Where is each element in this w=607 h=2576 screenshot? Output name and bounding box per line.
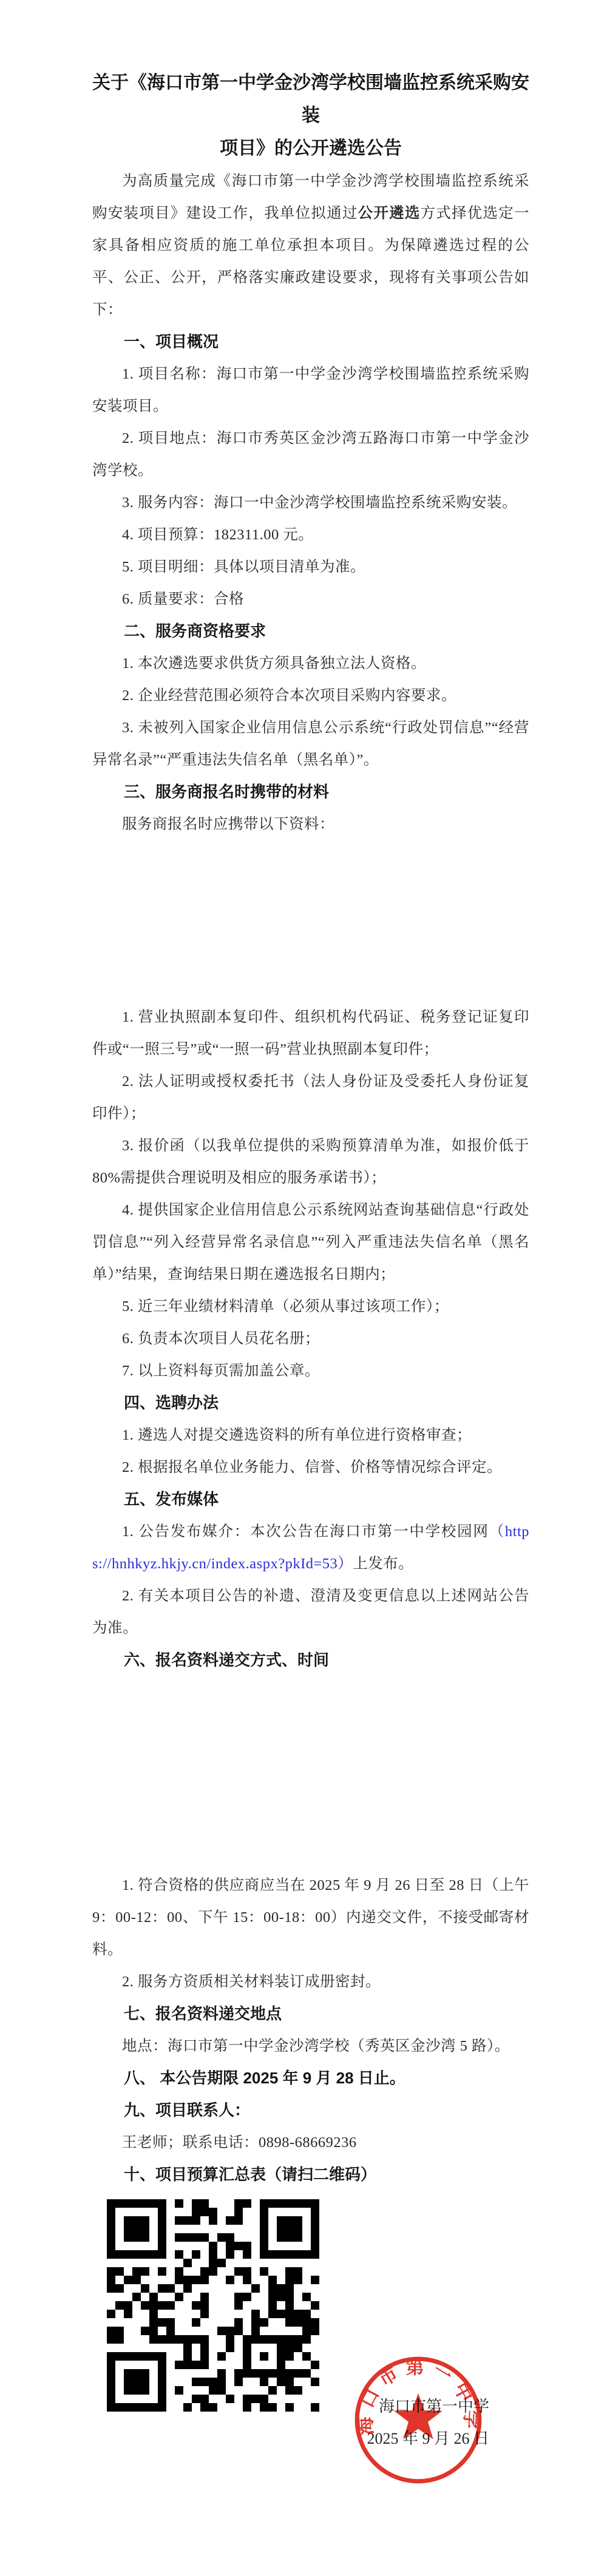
qr-code-image (107, 2198, 319, 2413)
paragraph: 7. 以上资料每页需加盖公章。 (92, 1355, 529, 1387)
section-heading: 六、报名资料递交方式、时间 (92, 1644, 529, 1676)
paragraph: 5. 近三年业绩材料清单（必须从事过该项工作）； (92, 1290, 529, 1323)
paragraph: 6. 负责本次项目人员花名册； (92, 1323, 529, 1355)
text-run: 1. 符合资格的供应商应当在 2025 年 9 月 26 日至 28 日（上午 … (92, 1877, 529, 1958)
paragraph: 2. 根据报名单位业务能力、信誉、价格等情况综合评定。 (92, 1451, 529, 1483)
text-run: 2. 法人证明或授权委托书（法人身份证及受委托人身份证复印件）； (92, 1073, 529, 1122)
paragraph: 6. 质量要求：合格 (92, 583, 529, 615)
document-title: 关于《海口市第一中学金沙湾学校围墙监控系统采购安装 项目》的公开遴选公告 (92, 67, 529, 165)
section-heading: 二、服务商资格要求 (92, 615, 529, 647)
section-heading: 五、发布媒体 (92, 1483, 529, 1516)
seal-star-icon (394, 2393, 443, 2439)
text-run: 3. 服务内容：海口一中金沙湾学校围墙监控系统采购安装。 (122, 494, 517, 511)
text-run: 3. 未被列入国家企业信用信息公示系统“行政处罚信息”“经营异常名录”“严重违法… (92, 720, 529, 768)
text-run: 3. 报价函（以我单位提供的采购预算清单为准，如报价低于80%需提供合理说明及相… (92, 1138, 529, 1186)
text-run: 1. 公告发布媒介：本次公告在海口市第一中学校园网 (122, 1523, 489, 1540)
text-run: 7. 以上资料每页需加盖公章。 (122, 1363, 320, 1379)
text-run: 服务商报名时应携带以下资料： (122, 816, 334, 832)
document-body: 为高质量完成《海口市第一中学金沙湾学校围墙监控系统采购安装项目》建设工作，我单位… (92, 165, 529, 2413)
paragraph: 1. 公告发布媒介：本次公告在海口市第一中学校园网（https://hnhkyz… (92, 1516, 529, 1580)
paragraph: 为高质量完成《海口市第一中学金沙湾学校围墙监控系统采购安装项目》建设工作，我单位… (92, 165, 529, 326)
heading-text: 七、报名资料递交地点 (124, 2004, 282, 2023)
paragraph: 地点：海口市第一中学金沙湾学校（秀英区金沙湾 5 路）。 (92, 2030, 529, 2062)
text-run: 1. 营业执照副本复印件、组织机构代码证、税务登记证复印件或“一照三号”或“一照… (92, 1009, 529, 1057)
paragraph: 4. 提供国家企业信用信息公示系统网站查询基础信息“行政处罚信息”“列入经营异常… (92, 1194, 529, 1290)
section-heading: 十、项目预算汇总表（请扫二维码） (92, 2159, 529, 2191)
paragraph: 2. 有关本项目公告的补遗、澄清及变更信息以上述网站公告为准。 (92, 1580, 529, 1644)
paragraph: 2. 企业经营范围必须符合本次项目采购内容要求。 (92, 679, 529, 712)
document-page: 关于《海口市第一中学金沙湾学校围墙监控系统采购安装 项目》的公开遴选公告 为高质… (0, 0, 607, 2576)
heading-text: 八、 本公告期限 2025 年 9 月 28 日止。 (124, 2069, 405, 2087)
paragraph: 3. 报价函（以我单位提供的采购预算清单为准，如报价低于80%需提供合理说明及相… (92, 1130, 529, 1194)
paragraph: 2. 法人证明或授权委托书（法人身份证及受委托人身份证复印件）； (92, 1065, 529, 1130)
text-run: 方式择优选定一家具备相应资质的施工单位承担本项目。为保障遴选过程的公平、公正、公… (92, 205, 529, 318)
heading-text: 四、选聘办法 (124, 1394, 219, 1412)
paragraph: 4. 项目预算：182311.00 元。 (92, 519, 529, 551)
section-heading: 七、报名资料递交地点 (92, 1998, 529, 2030)
section-heading: 四、选聘办法 (92, 1387, 529, 1419)
text-run: 2. 企业经营范围必须符合本次项目采购内容要求。 (122, 687, 456, 704)
text-run: 6. 质量要求：合格 (122, 591, 244, 607)
text-run: 2. 根据报名单位业务能力、信誉、价格等情况综合评定。 (122, 1459, 502, 1475)
title-line-2: 项目》的公开遴选公告 (92, 132, 529, 165)
heading-text: 二、服务商资格要求 (124, 622, 266, 640)
spacer (92, 840, 529, 1001)
paragraph: 1. 本次遴选要求供货方须具备独立法人资格。 (92, 647, 529, 679)
paragraph: 王老师；联系电话：0898-68669236 (92, 2126, 529, 2159)
paragraph: 2. 服务方资质相关材料装订成册密封。 (92, 1966, 529, 1998)
paragraph: 3. 未被列入国家企业信用信息公示系统“行政处罚信息”“经营异常名录”“严重违法… (92, 712, 529, 776)
paragraph: 1. 遴选人对提交遴选资料的所有单位进行资格审查； (92, 1419, 529, 1451)
heading-text: 六、报名资料递交方式、时间 (124, 1651, 329, 1669)
text-run: 6. 负责本次项目人员花名册； (122, 1330, 320, 1347)
heading-text: 十、项目预算汇总表（请扫二维码） (124, 2165, 376, 2183)
text-run: 公开遴选 (358, 205, 421, 221)
paragraph: 1. 项目名称：海口市第一中学金沙湾学校围墙监控系统采购安装项目。 (92, 358, 529, 422)
heading-text: 三、服务商报名时携带的材料 (124, 783, 329, 801)
title-line-1: 关于《海口市第一中学金沙湾学校围墙监控系统采购安装 (92, 67, 529, 132)
official-seal-stamp: 海口市第一中学 (345, 2347, 492, 2493)
paragraph: 2. 项目地点：海口市秀英区金沙湾五路海口市第一中学金沙湾学校。 (92, 422, 529, 487)
section-heading: 三、服务商报名时携带的材料 (92, 776, 529, 808)
section-heading: 九、项目联系人： (92, 2094, 529, 2126)
text-run: 5. 项目明细：具体以项目清单为准。 (122, 559, 365, 575)
budget-summary-qr-code (107, 2198, 319, 2413)
heading-text: 九、项目联系人： (124, 2101, 250, 2119)
paragraph: 1. 符合资格的供应商应当在 2025 年 9 月 26 日至 28 日（上午 … (92, 1869, 529, 1966)
text-run: 1. 本次遴选要求供货方须具备独立法人资格。 (122, 655, 426, 672)
section-heading: 一、项目概况 (92, 326, 529, 358)
text-run: 王老师；联系电话：0898-68669236 (122, 2134, 357, 2151)
text-run: 4. 提供国家企业信用信息公示系统网站查询基础信息“行政处罚信息”“列入经营异常… (92, 1202, 529, 1283)
text-run: 5. 近三年业绩材料清单（必须从事过该项工作）； (122, 1298, 449, 1315)
text-run: 地点：海口市第一中学金沙湾学校（秀英区金沙湾 5 路）。 (122, 2038, 510, 2054)
text-run: 2. 有关本项目公告的补遗、澄清及变更信息以上述网站公告为准。 (92, 1588, 529, 1636)
spacer (92, 1676, 529, 1869)
text-run: 1. 遴选人对提交遴选资料的所有单位进行资格审查； (122, 1427, 472, 1443)
paragraph: 5. 项目明细：具体以项目清单为准。 (92, 551, 529, 583)
heading-text: 一、项目概况 (124, 332, 219, 351)
text-run: 4. 项目预算：182311.00 元。 (122, 527, 313, 543)
section-heading: 八、 本公告期限 2025 年 9 月 28 日止。 (92, 2062, 529, 2094)
text-run: 2. 服务方资质相关材料装订成册密封。 (122, 1974, 381, 1990)
text-run: 2. 项目地点：海口市秀英区金沙湾五路海口市第一中学金沙湾学校。 (92, 430, 529, 479)
paragraph: 3. 服务内容：海口一中金沙湾学校围墙监控系统采购安装。 (92, 487, 529, 519)
paragraph: 服务商报名时应携带以下资料： (92, 808, 529, 840)
heading-text: 五、发布媒体 (124, 1490, 219, 1508)
paragraph: 1. 营业执照副本复印件、组织机构代码证、税务登记证复印件或“一照三号”或“一照… (92, 1001, 529, 1065)
text-run: 上发布。 (353, 1556, 413, 1572)
text-run: 1. 项目名称：海口市第一中学金沙湾学校围墙监控系统采购安装项目。 (92, 366, 529, 414)
document-content: 关于《海口市第一中学金沙湾学校围墙监控系统采购安装 项目》的公开遴选公告 为高质… (92, 67, 529, 2413)
